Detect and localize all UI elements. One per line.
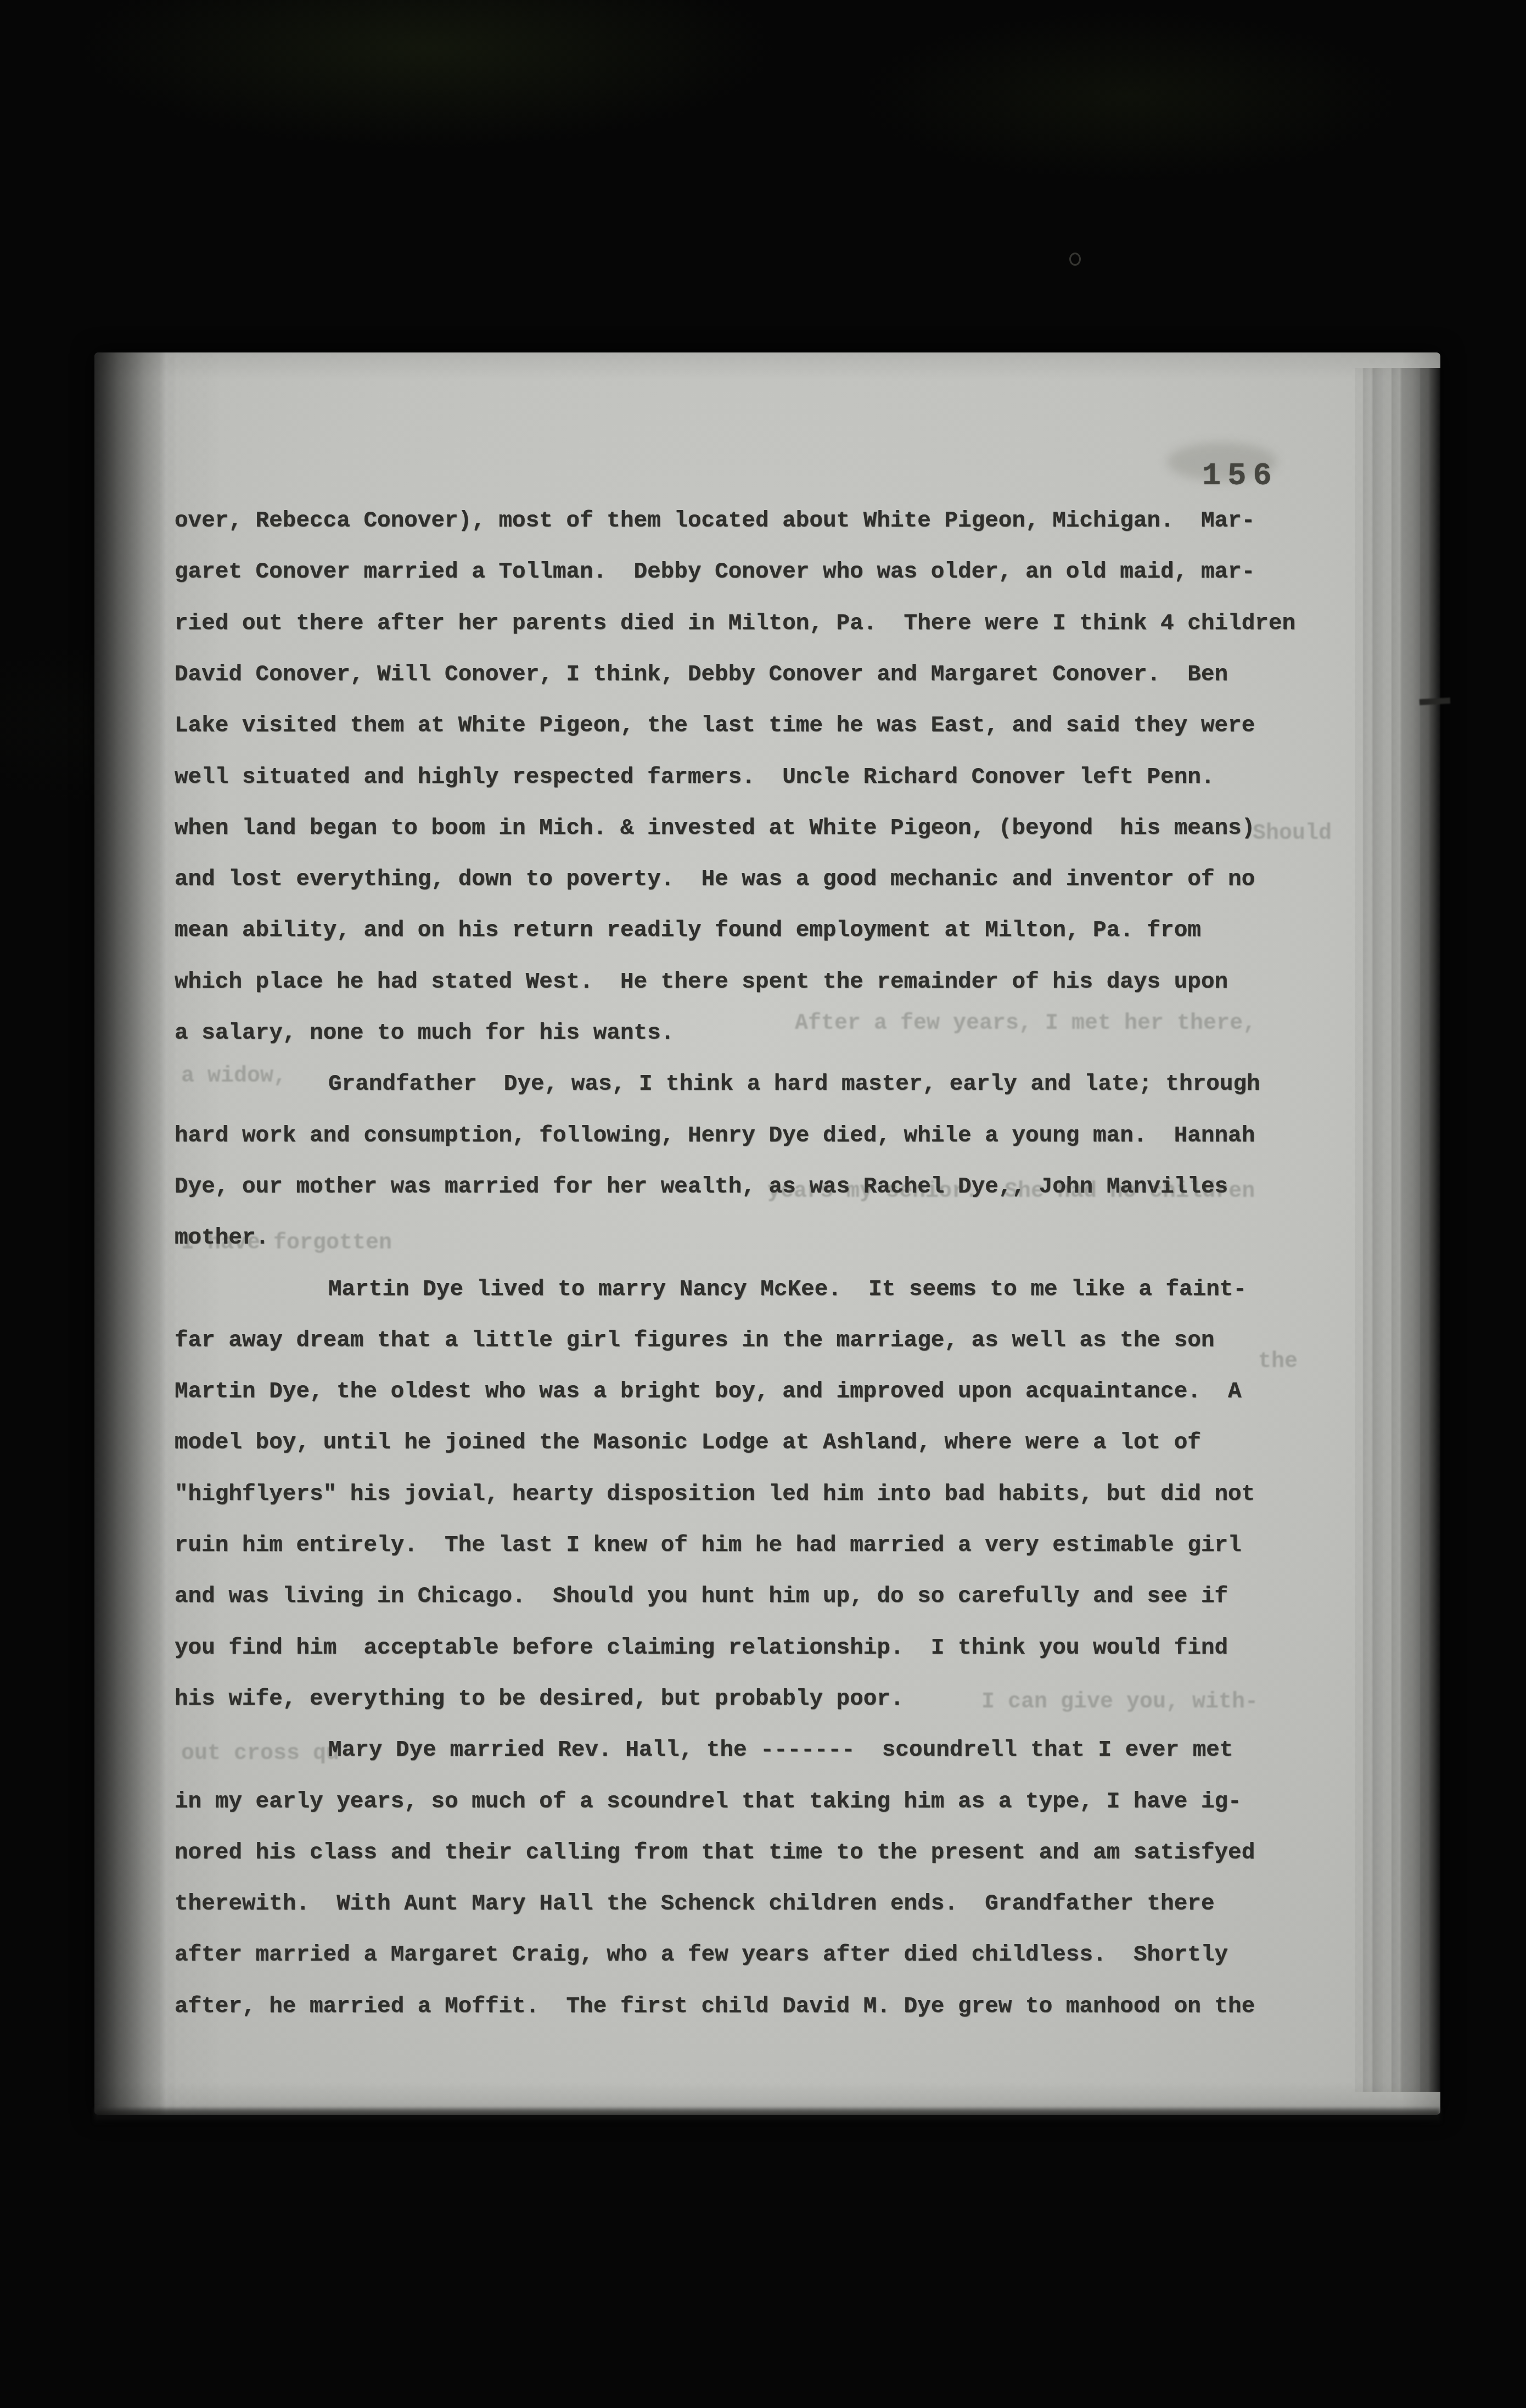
ghost-text-fragment: a widow, (181, 1064, 287, 1089)
typed-line: Grandfather Dye, was, I think a hard mas… (328, 1059, 1260, 1110)
ghost-text-fragment: Should (1253, 821, 1332, 846)
margin-pen-dash (1420, 698, 1450, 705)
typed-line: mother. (175, 1213, 269, 1264)
typed-line: hard work and consumption, following, He… (175, 1111, 1255, 1162)
page-number: 156 (1202, 459, 1278, 494)
page-bottom-shadow (94, 2108, 1440, 2123)
typed-line: model boy, until he joined the Masonic L… (175, 1418, 1201, 1469)
typed-line: Dye, our mother was married for her weal… (175, 1162, 1228, 1213)
typed-line: Martin Dye, the oldest who was a bright … (175, 1367, 1242, 1418)
ghost-text-fragment: After a few years, I met her there, (795, 1011, 1256, 1036)
typed-line: mean ability, and on his return readily … (175, 905, 1201, 956)
typed-line: garet Conover married a Tollman. Debby C… (175, 547, 1255, 598)
typed-line: ruin him entirely. The last I knew of hi… (175, 1520, 1242, 1571)
typed-line: which place he had stated West. He there… (175, 957, 1228, 1008)
typed-line: after married a Margaret Craig, who a fe… (175, 1930, 1228, 1981)
dust-ring-mark (1069, 253, 1081, 266)
page-curl-highlight (159, 352, 173, 2115)
typed-line: therewith. With Aunt Mary Hall the Schen… (175, 1879, 1215, 1930)
typed-line: Martin Dye lived to marry Nancy McKee. I… (328, 1264, 1247, 1315)
typed-line: and lost everything, down to poverty. He… (175, 854, 1255, 905)
typed-line: over, Rebecca Conover), most of them loc… (175, 496, 1255, 547)
typed-line: after, he married a Moffit. The first ch… (175, 1981, 1255, 2032)
typed-line: you find him acceptable before claiming … (175, 1623, 1228, 1674)
typed-line: far away dream that a little girl figure… (175, 1315, 1215, 1367)
typed-line: his wife, everything to be desired, but … (175, 1674, 904, 1725)
typed-line: Lake visited them at White Pigeon, the l… (175, 701, 1255, 752)
typed-line: "highflyers" his jovial, hearty disposit… (175, 1469, 1255, 1520)
photo-background: 156 ShouldAfter a few years, I met her t… (0, 0, 1526, 2408)
typed-line: a salary, none to much for his wants. (175, 1008, 674, 1059)
page-edge-stack (1355, 368, 1440, 2092)
typed-line: when land began to boom in Mich. & inves… (175, 803, 1255, 854)
ghost-text-fragment: out cross qu (181, 1741, 339, 1766)
typed-line: ried out there after her parents died in… (175, 598, 1295, 649)
typed-line: well situated and highly respected farme… (175, 752, 1215, 803)
typed-line: in my early years, so much of a scoundre… (175, 1777, 1242, 1828)
ghost-text-fragment: the (1258, 1349, 1298, 1374)
typed-line: nored his class and their calling from t… (175, 1828, 1255, 1879)
typed-line: Mary Dye married Rev. Hall, the ------- … (328, 1725, 1233, 1776)
typed-line: and was living in Chicago. Should you hu… (175, 1571, 1228, 1622)
typed-line: David Conover, Will Conover, I think, De… (175, 649, 1228, 701)
ghost-text-fragment: I can give you, with- (981, 1690, 1258, 1715)
